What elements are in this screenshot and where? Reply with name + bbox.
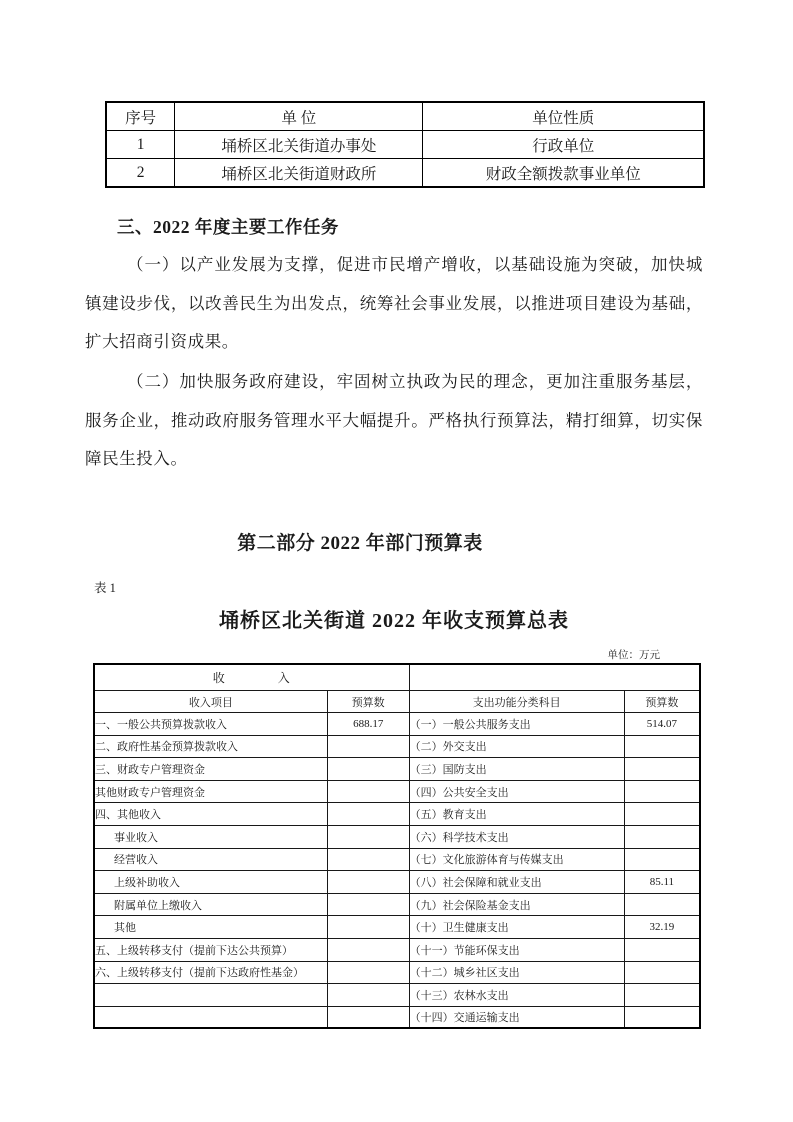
table-row: 六、上级转移支付（提前下达政府性基金） （十二）城乡社区支出 bbox=[94, 961, 700, 984]
income-item-cell: 二、政府性基金预算拨款收入 bbox=[94, 735, 327, 758]
table-row: 事业收入 （六）科学技术支出 bbox=[94, 825, 700, 848]
expense-value-cell bbox=[624, 893, 700, 916]
expense-item-cell: （十三）农林水支出 bbox=[409, 984, 624, 1007]
budget-summary-table: 收 入 收入项目 预算数 支出功能分类科目 预算数 一、一般公共预算拨款收入 6… bbox=[93, 663, 701, 1029]
document-page: 序号 单 位 单位性质 1 埇桥区北关街道办事处 行政单位 2 埇桥区北关街道财… bbox=[0, 0, 793, 1122]
unit-roster-header-row: 序号 单 位 单位性质 bbox=[106, 102, 704, 131]
task-paragraph-1: （一）以产业发展为支撑，促进市民增产增收，以基础设施为突破，加快城镇建设步伐，以… bbox=[85, 246, 703, 362]
table-row: 经营收入 （七）文化旅游体育与传媒支出 bbox=[94, 848, 700, 871]
col-header-income-item: 收入项目 bbox=[94, 691, 327, 713]
expense-item-cell: （七）文化旅游体育与传媒支出 bbox=[409, 848, 624, 871]
income-value-cell bbox=[327, 961, 409, 984]
table-row: 其他财政专户管理资金 （四）公共安全支出 bbox=[94, 780, 700, 803]
table-label: 表 1 bbox=[94, 578, 116, 596]
section-heading: 三、2022 年度主要工作任务 bbox=[117, 214, 339, 239]
income-item-cell: 附属单位上缴收入 bbox=[94, 893, 327, 916]
expense-item-cell: （六）科学技术支出 bbox=[409, 825, 624, 848]
expense-value-cell bbox=[624, 780, 700, 803]
expense-item-cell: （三）国防支出 bbox=[409, 758, 624, 781]
expense-value-cell bbox=[624, 848, 700, 871]
expense-section-header bbox=[409, 664, 700, 691]
expense-item-cell: （八）社会保障和就业支出 bbox=[409, 871, 624, 894]
income-item-cell: 五、上级转移支付（提前下达公共预算） bbox=[94, 938, 327, 961]
income-section-header-row: 收 入 bbox=[94, 664, 700, 691]
income-item-cell: 三、财政专户管理资金 bbox=[94, 758, 327, 781]
table-row: 附属单位上缴收入 （九）社会保险基金支出 bbox=[94, 893, 700, 916]
income-item-cell: 一、一般公共预算拨款收入 bbox=[94, 713, 327, 736]
expense-item-cell: （四）公共安全支出 bbox=[409, 780, 624, 803]
unit-name-cell: 埇桥区北关街道财政所 bbox=[175, 159, 423, 188]
budget-column-header-row: 收入项目 预算数 支出功能分类科目 预算数 bbox=[94, 691, 700, 713]
col-header-expense-item: 支出功能分类科目 bbox=[409, 691, 624, 713]
income-value-cell bbox=[327, 938, 409, 961]
income-item-cell: 事业收入 bbox=[94, 825, 327, 848]
col-header-nature: 单位性质 bbox=[423, 102, 704, 131]
expense-value-cell bbox=[624, 938, 700, 961]
income-item-cell: 其他财政专户管理资金 bbox=[94, 780, 327, 803]
expense-value-cell bbox=[624, 984, 700, 1007]
table-row: 三、财政专户管理资金 （三）国防支出 bbox=[94, 758, 700, 781]
income-value-cell bbox=[327, 825, 409, 848]
income-value-cell bbox=[327, 758, 409, 781]
task-paragraph-2: （二）加快服务政府建设，牢固树立执政为民的理念，更加注重服务基层，服务企业，推动… bbox=[85, 363, 703, 479]
expense-item-cell: （九）社会保险基金支出 bbox=[409, 893, 624, 916]
expense-item-cell: （十）卫生健康支出 bbox=[409, 916, 624, 939]
expense-value-cell bbox=[624, 1006, 700, 1028]
expense-value-cell bbox=[624, 735, 700, 758]
income-value-cell bbox=[327, 803, 409, 826]
income-item-cell: 其他 bbox=[94, 916, 327, 939]
income-item-cell: 经营收入 bbox=[94, 848, 327, 871]
expense-item-cell: （十一）节能环保支出 bbox=[409, 938, 624, 961]
unit-note: 单位：万元 bbox=[608, 647, 661, 662]
col-header-no: 序号 bbox=[106, 102, 175, 131]
table-row: 二、政府性基金预算拨款收入 （二）外交支出 bbox=[94, 735, 700, 758]
expense-value-cell bbox=[624, 758, 700, 781]
income-value-cell bbox=[327, 1006, 409, 1028]
expense-value-cell bbox=[624, 961, 700, 984]
income-value-cell bbox=[327, 871, 409, 894]
table-row: 一、一般公共预算拨款收入 688.17 （一）一般公共服务支出 514.07 bbox=[94, 713, 700, 736]
col-header-income-budget: 预算数 bbox=[327, 691, 409, 713]
income-value-cell bbox=[327, 893, 409, 916]
unit-no-cell: 1 bbox=[106, 131, 175, 159]
income-value-cell bbox=[327, 916, 409, 939]
expense-item-cell: （一）一般公共服务支出 bbox=[409, 713, 624, 736]
income-item-cell: 上级补助收入 bbox=[94, 871, 327, 894]
table-row: 上级补助收入 （八）社会保障和就业支出 85.11 bbox=[94, 871, 700, 894]
income-section-header: 收 入 bbox=[94, 664, 409, 691]
table-row: 2 埇桥区北关街道财政所 财政全额拨款事业单位 bbox=[106, 159, 704, 188]
col-header-unit: 单 位 bbox=[175, 102, 423, 131]
income-value-cell bbox=[327, 848, 409, 871]
income-item-cell bbox=[94, 984, 327, 1007]
expense-value-cell: 32.19 bbox=[624, 916, 700, 939]
table-row: 四、其他收入 （五）教育支出 bbox=[94, 803, 700, 826]
income-item-cell: 四、其他收入 bbox=[94, 803, 327, 826]
income-value-cell: 688.17 bbox=[327, 713, 409, 736]
expense-item-cell: （十四）交通运输支出 bbox=[409, 1006, 624, 1028]
unit-no-cell: 2 bbox=[106, 159, 175, 188]
expense-value-cell: 85.11 bbox=[624, 871, 700, 894]
expense-value-cell bbox=[624, 803, 700, 826]
unit-nature-cell: 财政全额拨款事业单位 bbox=[423, 159, 704, 188]
table-row: 1 埇桥区北关街道办事处 行政单位 bbox=[106, 131, 704, 159]
income-value-cell bbox=[327, 984, 409, 1007]
unit-roster-table: 序号 单 位 单位性质 1 埇桥区北关街道办事处 行政单位 2 埇桥区北关街道财… bbox=[105, 101, 705, 188]
budget-table-container: 收 入 收入项目 预算数 支出功能分类科目 预算数 一、一般公共预算拨款收入 6… bbox=[93, 663, 701, 1029]
income-value-cell bbox=[327, 735, 409, 758]
table-row: 其他 （十）卫生健康支出 32.19 bbox=[94, 916, 700, 939]
col-header-expense-budget: 预算数 bbox=[624, 691, 700, 713]
unit-name-cell: 埇桥区北关街道办事处 bbox=[175, 131, 423, 159]
expense-value-cell bbox=[624, 825, 700, 848]
unit-nature-cell: 行政单位 bbox=[423, 131, 704, 159]
expense-value-cell: 514.07 bbox=[624, 713, 700, 736]
expense-item-cell: （十二）城乡社区支出 bbox=[409, 961, 624, 984]
income-item-cell: 六、上级转移支付（提前下达政府性基金） bbox=[94, 961, 327, 984]
expense-item-cell: （二）外交支出 bbox=[409, 735, 624, 758]
table-row: 五、上级转移支付（提前下达公共预算） （十一）节能环保支出 bbox=[94, 938, 700, 961]
income-value-cell bbox=[327, 780, 409, 803]
expense-item-cell: （五）教育支出 bbox=[409, 803, 624, 826]
budget-table-title: 埇桥区北关街道 2022 年收支预算总表 bbox=[85, 604, 703, 633]
table-row: （十四）交通运输支出 bbox=[94, 1006, 700, 1028]
table-row: （十三）农林水支出 bbox=[94, 984, 700, 1007]
part2-heading: 第二部分 2022 年部门预算表 bbox=[60, 528, 660, 555]
income-item-cell bbox=[94, 1006, 327, 1028]
